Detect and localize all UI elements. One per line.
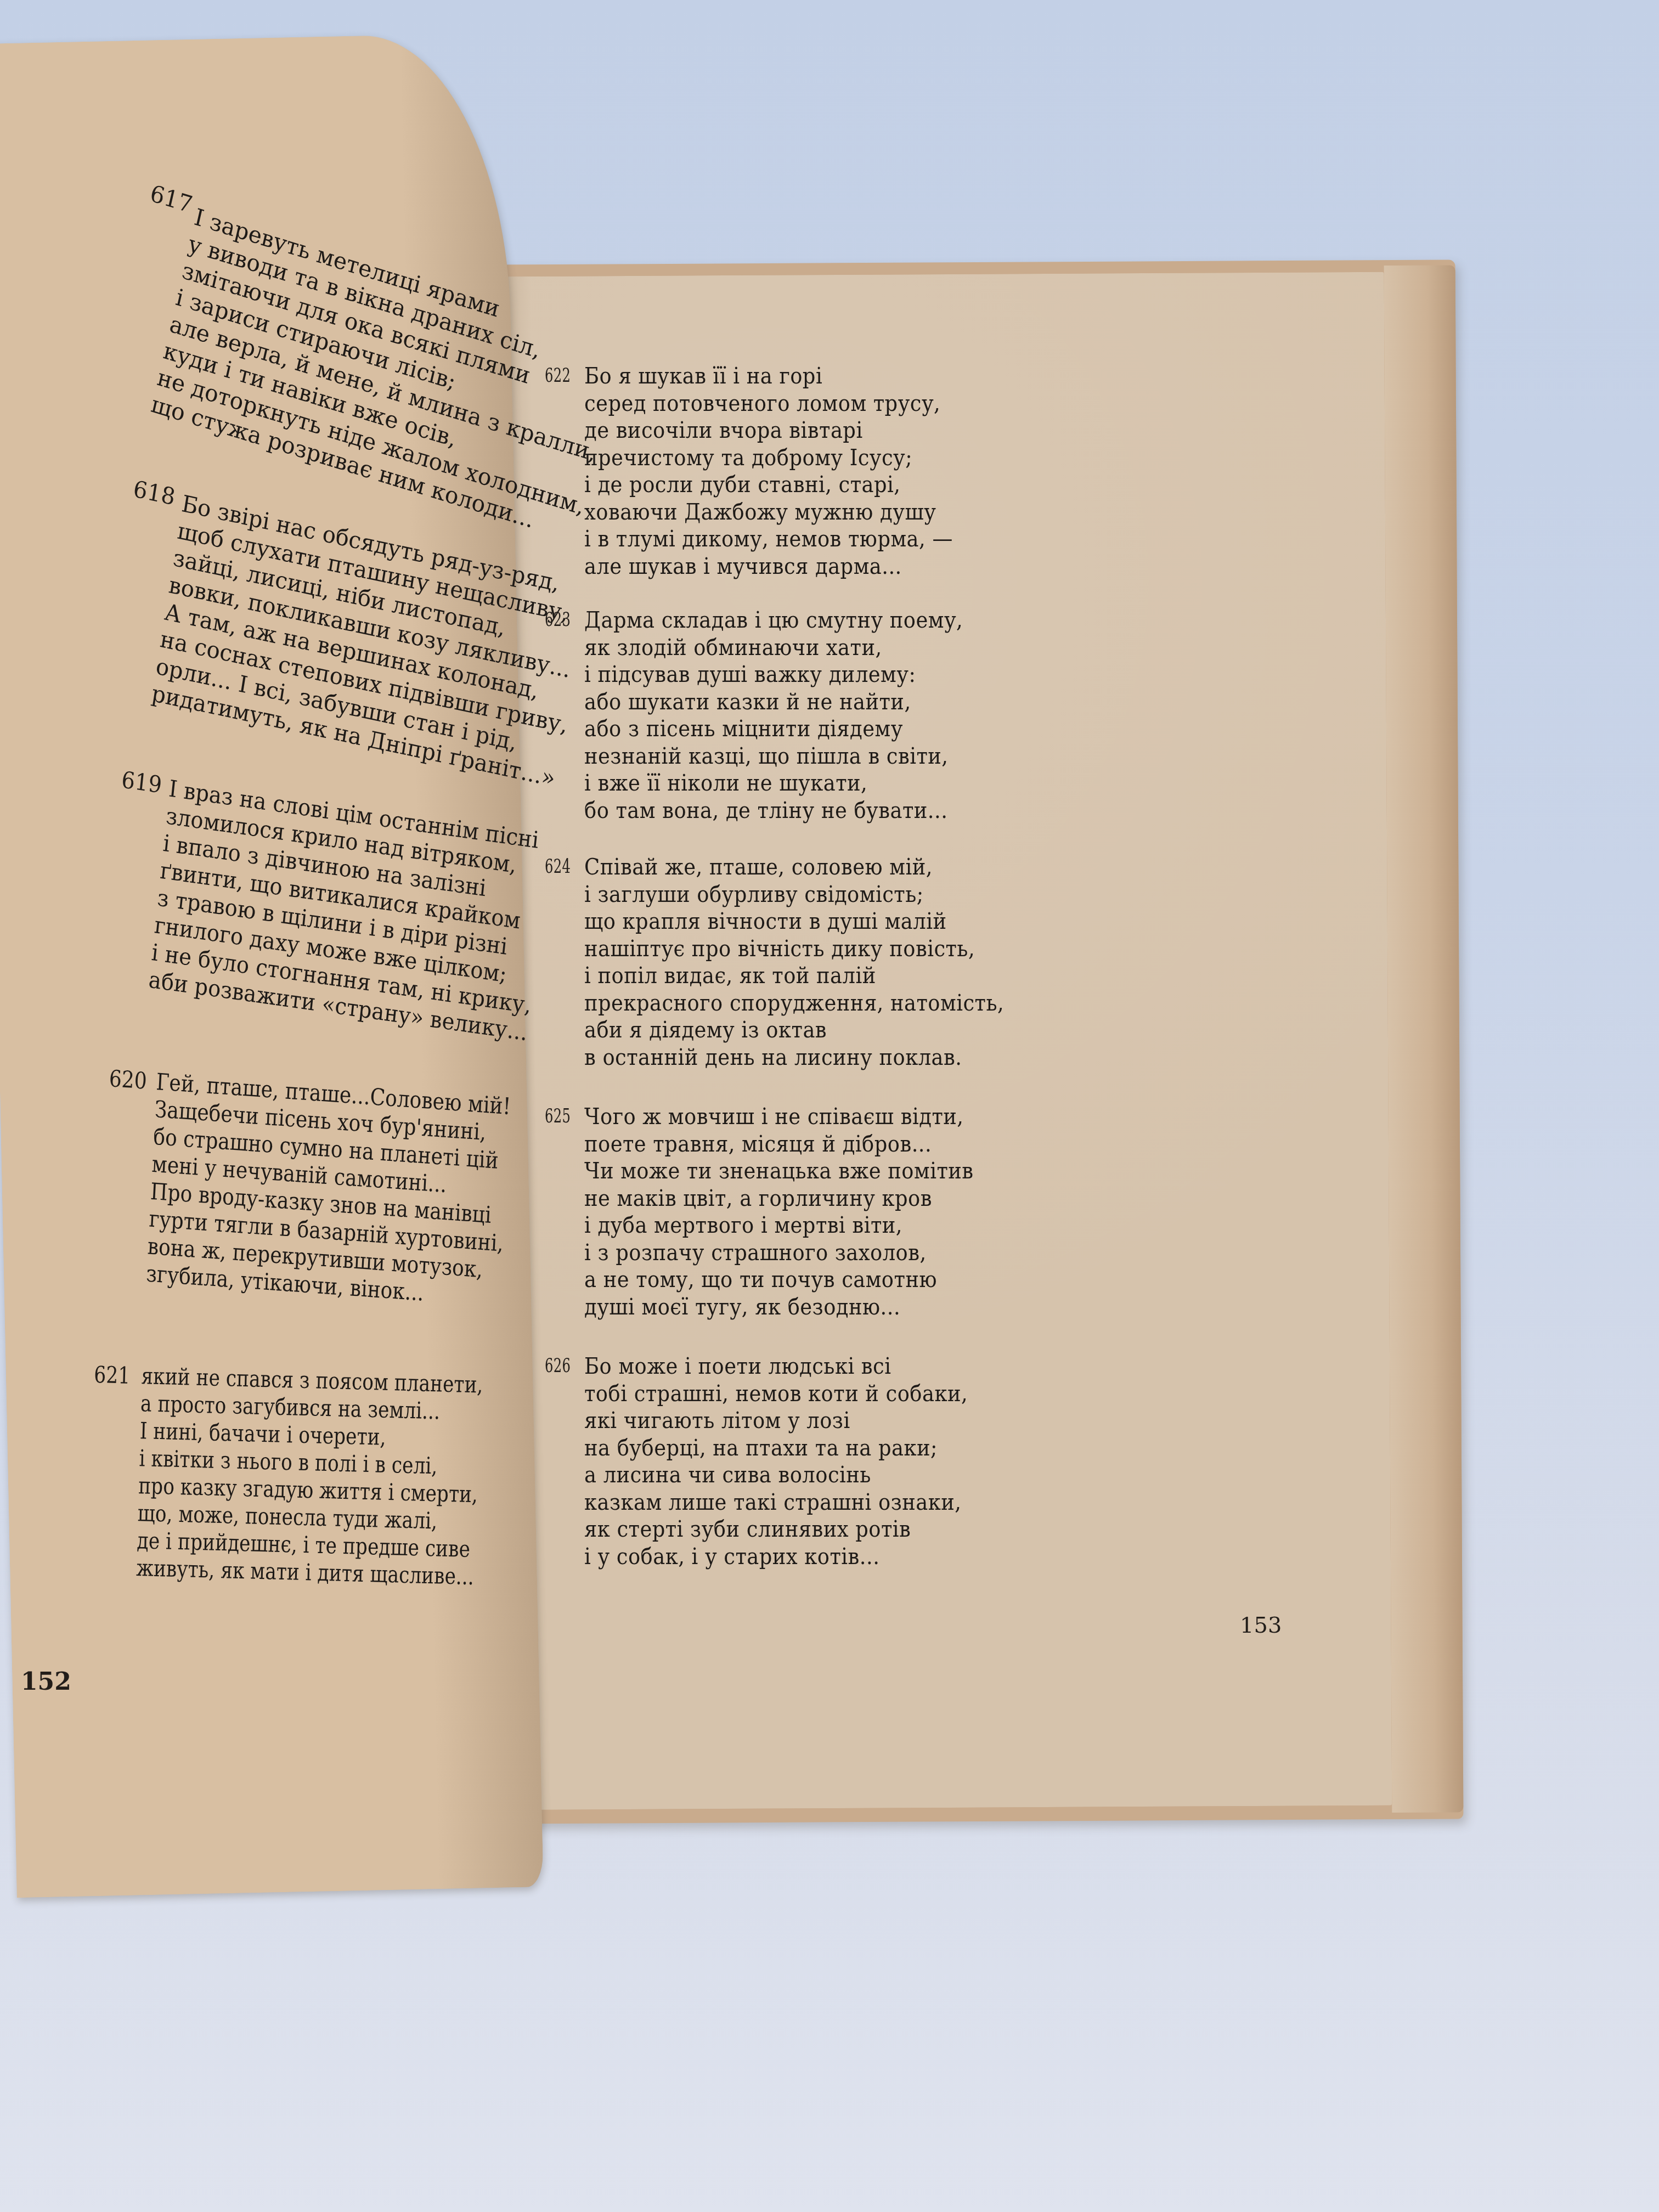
verse-line: і підсував душі важку дилему: — [584, 663, 963, 691]
stanza-620: 620 Гей, пташе, пташе...Соловею мій! Защ… — [98, 1067, 511, 1314]
verse-line: казкам лише такі страшні ознаки, — [584, 1491, 968, 1519]
verse-line: в останній день на лисину поклав. — [584, 1046, 1004, 1074]
page-number-left: 152 — [21, 1668, 71, 1696]
stanza-number: 626 — [545, 1356, 571, 1376]
page-number-right: 153 — [1240, 1613, 1282, 1638]
verse-line: на буберці, на птахи та на раки; — [584, 1437, 968, 1464]
stanza-number: 622 — [545, 366, 571, 386]
stanza-number: 625 — [545, 1107, 571, 1126]
verse-line: пречистому та доброму Ісусу; — [584, 447, 953, 474]
verse-line: і дуба мертвого і мертві віти, — [584, 1214, 974, 1242]
verse-line: не маків цвіт, а горличину кров — [584, 1187, 974, 1215]
verse-line: Чи може ти зненацька вже помітив — [584, 1160, 974, 1187]
verse-line: як злодій обминаючи хати, — [584, 636, 963, 664]
stanza-625: 625 Чого ж мовчиш і не співаєш відти, по… — [584, 1105, 974, 1323]
stanza-626: 626 Бо може і поети людські всі тобі стр… — [584, 1355, 968, 1572]
verse-line: і попіл видає, як той палій — [584, 964, 1004, 992]
verse-line: поете травня, місяця й дібров... — [584, 1133, 974, 1160]
stanza-623: 623 Дарма складав і цю смутну поему, як … — [584, 609, 963, 826]
verse-line: аби я діядему із октав — [584, 1019, 1004, 1046]
verse-line: і вже її ніколи не шукати, — [584, 772, 963, 799]
verse-line: Чого ж мовчиш і не співаєш відти, — [584, 1105, 974, 1133]
verse-line: але шукав і мучився дарма... — [584, 555, 953, 583]
verse-line: і заглуши обурливу свідомість; — [584, 883, 1004, 911]
stanza-number: 620 — [109, 1067, 148, 1093]
verse-line: що крапля вічности в душі малій — [584, 910, 1004, 938]
verse-line: які чигають літом у лозі — [584, 1409, 968, 1437]
verse-line: серед потовченого ломом трусу, — [584, 392, 953, 420]
stanza-622: 622 Бо я шукав її і на горі серед потовч… — [584, 365, 953, 582]
verse-line: а не тому, що ти почув самотню — [584, 1268, 974, 1296]
stanza-number: 624 — [545, 857, 571, 877]
verse-line: а лисина чи сива волосінь — [584, 1464, 968, 1491]
verse-line: Бо я шукав її і на горі — [584, 365, 953, 392]
verse-line: і у собак, і у старих котів... — [584, 1545, 968, 1573]
stanza-624: 624 Співай же, пташе, соловею мій, і заг… — [584, 856, 1004, 1073]
verse-line: або з пісень міцнити діядему — [584, 718, 963, 745]
verse-line: як стерті зуби слинявих ротів — [584, 1518, 968, 1545]
stanza-number: 623 — [545, 610, 571, 630]
verse-line: і з розпачу страшного захолов, — [584, 1242, 974, 1269]
stanza-number: 619 — [120, 768, 162, 797]
stanza-number: 621 — [94, 1363, 131, 1387]
verse-line: Дарма складав і цю смутну поему, — [584, 609, 963, 636]
verse-line: і де росли дуби ставні, старі, — [584, 473, 953, 501]
open-book: 617 І заревуть метелиці ярами у виводи т… — [0, 0, 1659, 2212]
stanza-621: 621 який не спався з поясом планети, а п… — [89, 1363, 483, 1593]
verse-line: Бо може і поети людські всі — [584, 1355, 968, 1383]
verse-line: бо там вона, де тліну не бувати... — [584, 799, 963, 827]
verse-line: або шукати казки й не найти, — [584, 691, 963, 718]
verse-line: нашіптує про вічність дику повість, — [584, 938, 1004, 965]
verse-line: і в тлумі дикому, немов тюрма, — — [584, 528, 953, 555]
verse-line: де височіли вчора вівтарі — [584, 419, 953, 447]
verse-line: Співай же, пташе, соловею мій, — [584, 856, 1004, 883]
verse-line: незнаній казці, що пішла в світи, — [584, 745, 963, 772]
verse-line: прекрасного спорудження, натомість, — [584, 992, 1004, 1019]
verse-line: душі моєї тугу, як безодню... — [584, 1296, 974, 1323]
verse-line: тобі страшні, немов коти й собаки, — [584, 1383, 968, 1410]
verse-line: ховаючи Дажбожу мужню душу — [584, 501, 953, 528]
